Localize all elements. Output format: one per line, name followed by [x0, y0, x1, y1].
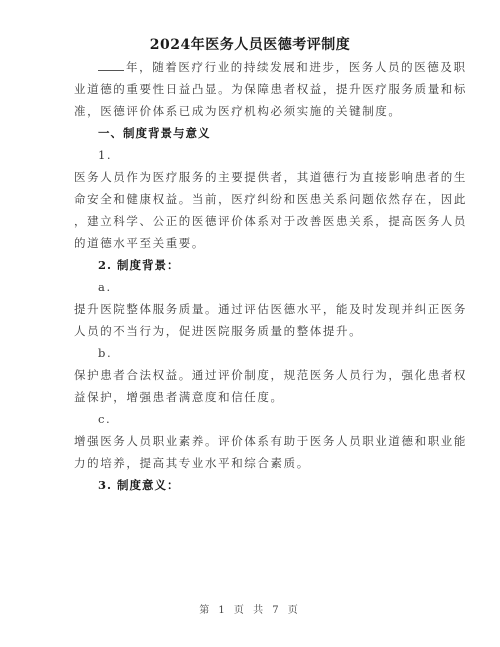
subitem-a-label: a.	[98, 279, 443, 295]
subitem-c-line-2: 力的培养，提高其专业水平和综合素质。	[74, 455, 419, 471]
subitem-c-label: c.	[98, 411, 443, 427]
item-1-line-4: 的道德水平至关重要。	[74, 235, 419, 251]
intro-line-2: 业道德的重要性日益凸显。为保障患者权益，提升医疗服务质量和标	[74, 81, 419, 97]
subitem-a-line-1: 提升医院整体服务质量。通过评估医德水平，能及时发现并纠正医务	[74, 301, 419, 317]
intro-line-3: 准，医德评价体系已成为医疗机构必须实施的关键制度。	[74, 103, 419, 119]
year-blank	[98, 60, 124, 71]
item-1-label: 1.	[98, 147, 443, 163]
item-1-line-2: 命安全和健康权益。当前，医疗纠纷和医患关系问题依然存在，因此	[74, 191, 419, 207]
section-1-heading: 一、制度背景与意义	[98, 125, 443, 141]
item-3-heading: 3. 制度意义：	[98, 477, 443, 493]
subitem-b-line-1: 保护患者合法权益。通过评价制度，规范医务人员行为，强化患者权	[74, 367, 419, 383]
subitem-a-line-2: 人员的不当行为，促进医院服务质量的整体提升。	[74, 323, 419, 339]
item-2-heading: 2. 制度背景：	[98, 257, 443, 273]
subitem-c-line-1: 增强医务人员职业素养。评价体系有助于医务人员职业道德和职业能	[74, 433, 419, 449]
item-1-line-1: 医务人员作为医疗服务的主要提供者，其道德行为直接影响患者的生	[74, 169, 419, 185]
document-title: 2024年医务人员医德考评制度	[0, 34, 500, 54]
intro-line-1: 年，随着医疗行业的持续发展和进步，医务人员的医德及职	[98, 59, 443, 75]
item-1-line-3: ，建立科学、公正的医德评价体系对于改善医患关系，提高医务人员	[74, 213, 419, 229]
page-footer: 第 1 页 共 7 页	[0, 601, 500, 616]
document-page: 2024年医务人员医德考评制度 年，随着医疗行业的持续发展和进步，医务人员的医德…	[0, 0, 500, 647]
subitem-b-label: b.	[98, 345, 443, 361]
subitem-b-line-2: 益保护，增强患者满意度和信任度。	[74, 389, 419, 405]
